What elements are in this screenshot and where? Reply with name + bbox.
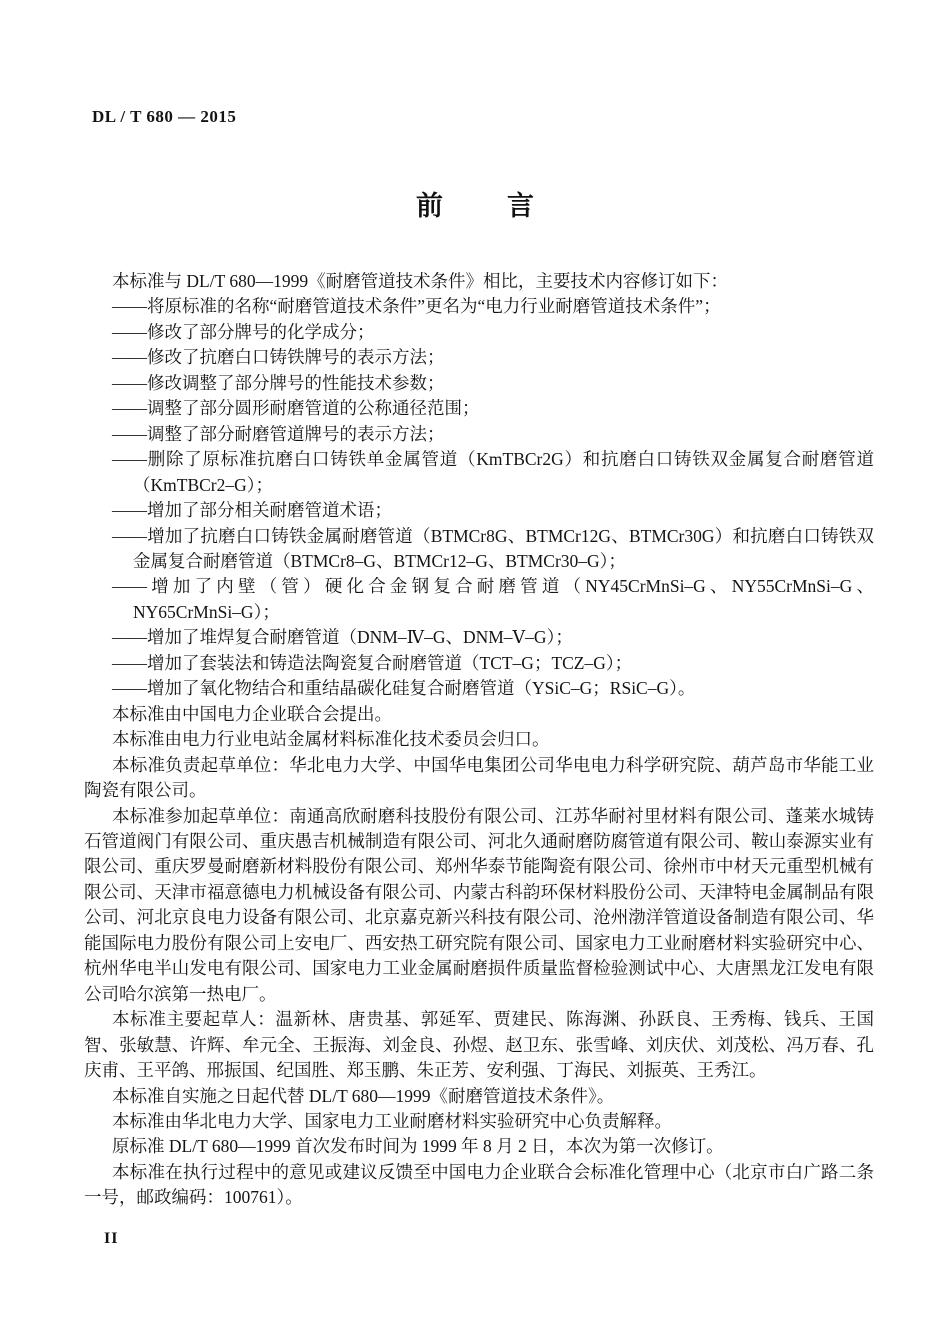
foreword-paragraph: 本标准负责起草单位：华北电力大学、中国华电集团公司华电电力科学研究院、葫芦岛市华… [84,753,874,804]
revision-item: ——增加了部分相关耐磨管道术语； [84,498,874,523]
revision-item: ——增加了抗磨白口铸铁金属耐磨管道（BTMCr8G、BTMCr12G、BTMCr… [84,524,874,575]
foreword-paragraph: 本标准由华北电力大学、国家电力工业耐磨材料实验研究中心负责解释。 [84,1109,874,1134]
paragraph-list: 本标准由中国电力企业联合会提出。本标准由电力行业电站金属材料标准化技术委员会归口… [84,702,874,1211]
title-char-yan: 言 [507,184,534,223]
revision-item: ——增加了氧化物结合和重结晶碳化硅复合耐磨管道（YSiC–G；RSiC–G）。 [84,676,874,701]
foreword-paragraph: 原标准 DL/T 680—1999 首次发布时间为 1999 年 8 月 2 日… [84,1134,874,1159]
revision-item: ——删除了原标准抗磨白口铸铁单金属管道（KmTBCr2G）和抗磨白口铸铁双金属复… [84,447,874,498]
page-number: II [104,1230,118,1248]
title-char-qian: 前 [416,184,443,223]
foreword-paragraph: 本标准自实施之日起代替 DL/T 680—1999《耐磨管道技术条件》。 [84,1084,874,1109]
revision-item: ——调整了部分圆形耐磨管道的公称通径范围； [84,396,874,421]
revision-item: ——修改了部分牌号的化学成分； [84,320,874,345]
foreword-paragraph: 本标准主要起草人：温新林、唐贵基、郭延军、贾建民、陈海渊、孙跃良、王秀梅、钱兵、… [84,1007,874,1083]
intro-paragraph: 本标准与 DL/T 680—1999《耐磨管道技术条件》相比，主要技术内容修订如… [84,269,874,294]
foreword-paragraph: 本标准由电力行业电站金属材料标准化技术委员会归口。 [84,727,874,752]
foreword-paragraph: 本标准由中国电力企业联合会提出。 [84,702,874,727]
revision-item: ——调整了部分耐磨管道牌号的表示方法； [84,422,874,447]
document-page: DL / T 680 — 2015 前 言 本标准与 DL/T 680—1999… [0,0,950,1344]
revision-item: ——增加了套装法和铸造法陶瓷复合耐磨管道（TCT–G；TCZ–G）； [84,651,874,676]
foreword-paragraph: 本标准参加起草单位：南通高欣耐磨科技股份有限公司、江苏华耐衬里材料有限公司、蓬莱… [84,804,874,1008]
foreword-paragraph: 本标准在执行过程中的意见或建议反馈至中国电力企业联合会标准化管理中心（北京市白广… [84,1160,874,1211]
revision-item: ——增加了堆焊复合耐磨管道（DNM–Ⅳ–G、DNM–Ⅴ–G）； [84,625,874,650]
revision-item: ——修改了抗磨白口铸铁牌号的表示方法； [84,345,874,370]
page-title: 前 言 [0,184,950,223]
revision-item: ——将原标准的名称“耐磨管道技术条件”更名为“电力行业耐磨管道技术条件”； [84,294,874,319]
revision-item: ——增加了内壁（管）硬化合金钢复合耐磨管道（NY45CrMnSi–G、NY55C… [84,574,874,625]
standard-number: DL / T 680 — 2015 [92,107,236,127]
revision-list: ——将原标准的名称“耐磨管道技术条件”更名为“电力行业耐磨管道技术条件”；——修… [84,294,874,701]
foreword-body: 本标准与 DL/T 680—1999《耐磨管道技术条件》相比，主要技术内容修订如… [84,269,874,1211]
revision-item: ——修改调整了部分牌号的性能技术参数； [84,371,874,396]
